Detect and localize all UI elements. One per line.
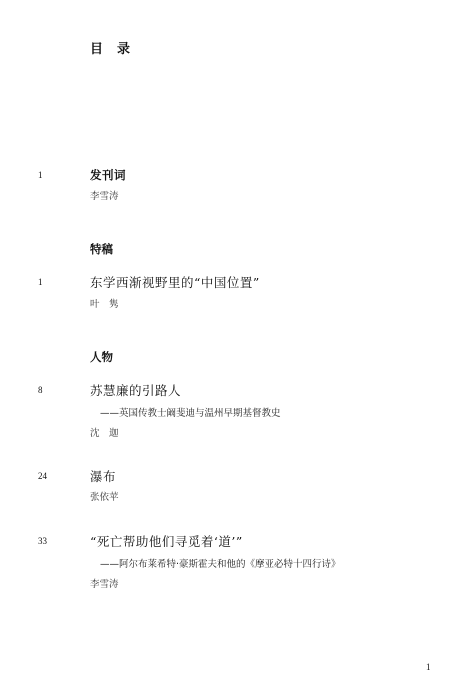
toc-title: 目录: [90, 38, 130, 57]
entry-page-number: 1: [38, 170, 43, 180]
entry-page-number: 24: [38, 471, 47, 481]
entry-title[interactable]: 东学西渐视野里的“中国位置”: [90, 273, 260, 291]
entry-page-number: 1: [38, 277, 43, 287]
entry-author: 沈 迦: [90, 425, 119, 439]
entry-title[interactable]: 苏慧廉的引路人: [90, 381, 181, 399]
entry-page-number: 33: [38, 536, 47, 546]
entry-author: 李雪涛: [90, 576, 119, 590]
section-heading: 人物: [90, 349, 113, 365]
toc-title-char-2: 录: [117, 42, 130, 57]
entry-title[interactable]: “死亡帮助他们寻觅着‘道’”: [90, 532, 243, 550]
entry-author: 张依苹: [90, 489, 119, 503]
footer-page-number: 1: [426, 662, 431, 672]
entry-title[interactable]: 瀑布: [90, 467, 116, 485]
entry-subtitle: ——英国传教士阚斐迪与温州早期基督教史: [100, 405, 281, 419]
entry-subtitle: ——阿尔布莱希特·豪斯霍夫和他的《摩亚必特十四行诗》: [100, 556, 341, 570]
toc-title-char-1: 目: [90, 42, 103, 57]
entry-page-number: 8: [38, 385, 43, 395]
entry-title[interactable]: 发刊词: [90, 167, 126, 183]
entry-author: 李雪涛: [90, 188, 119, 202]
section-heading: 特稿: [90, 241, 113, 257]
entry-author: 叶 隽: [90, 296, 119, 310]
